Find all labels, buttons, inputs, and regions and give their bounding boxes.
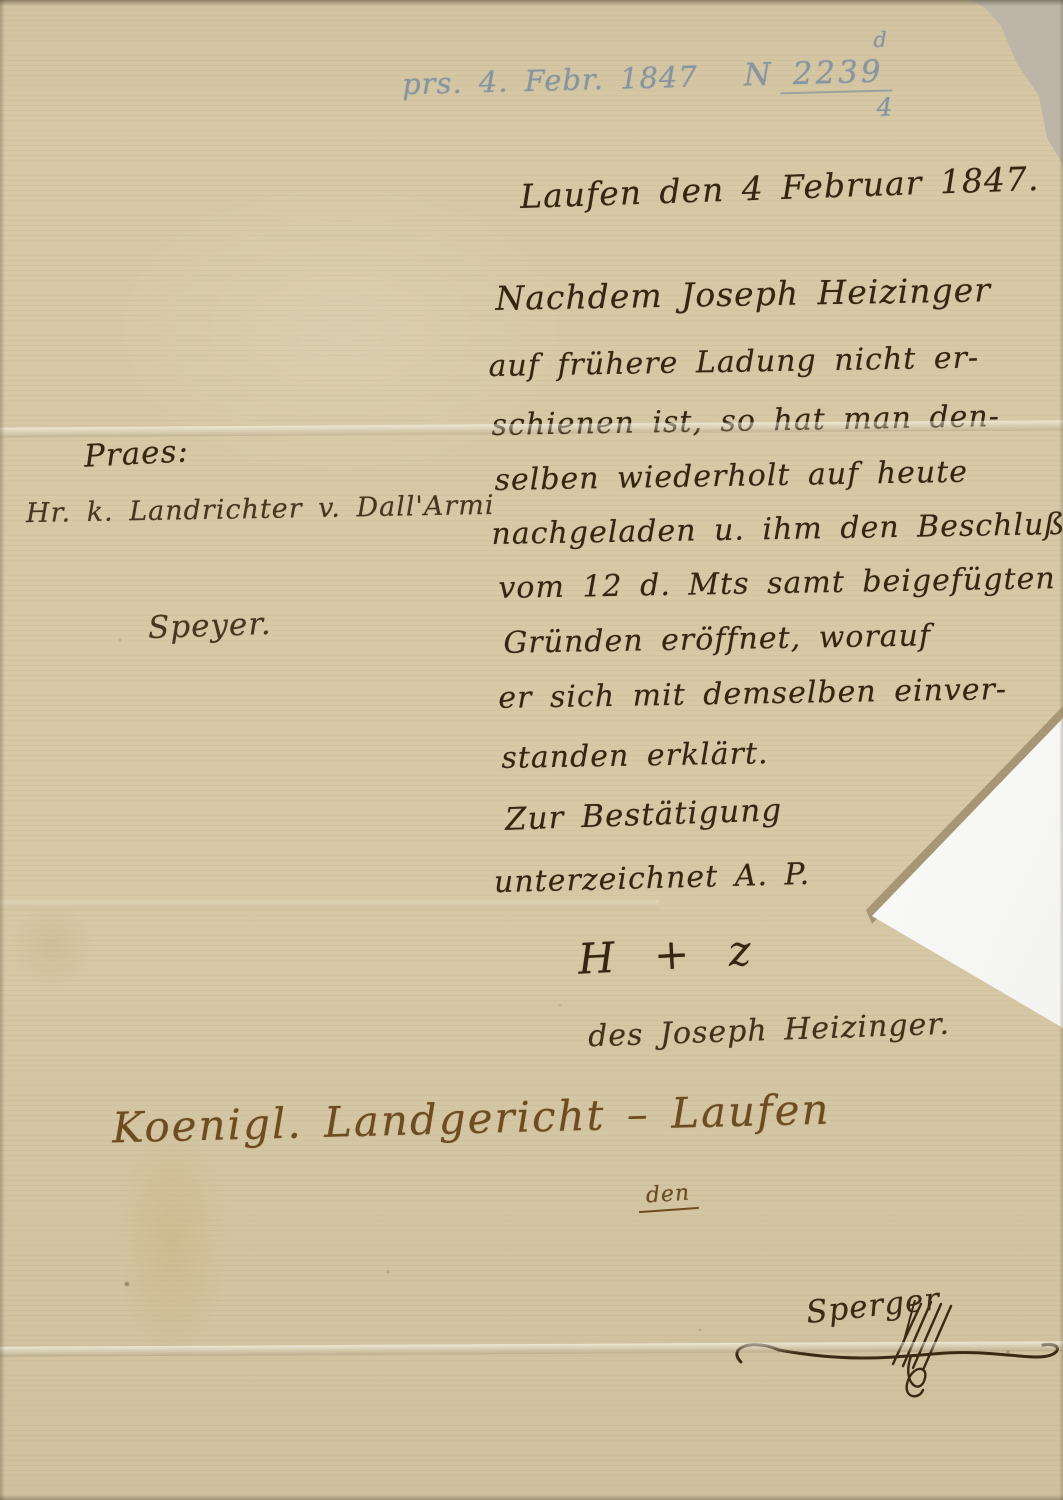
body-line: standen erklärt. [501, 736, 769, 776]
fold-crease [0, 900, 659, 910]
attestation-line-1: Zur Bestätigung [504, 792, 782, 838]
attestation-line-2: unterzeichnet A. P. [494, 857, 811, 900]
registry-note: prs. 4. Febr. 1847N 2239d4 [402, 54, 884, 103]
recipient-city: Speyer. [147, 606, 272, 646]
body-line: vom 12 d. Mts samt beigefügten [498, 561, 1056, 606]
body-line: er sich mit demselben einver- [498, 672, 1007, 716]
body-line: selben wiederholt auf heute [494, 455, 968, 498]
body-line: auf frühere Ladung nicht er- [488, 340, 979, 384]
paper-edge-bottom [0, 1495, 1063, 1500]
registry-number: N 2239d4 [743, 54, 884, 94]
body-paragraph: Nachdem Joseph Heizinger auf frühere Lad… [487, 269, 1063, 279]
body-line: Gründen eröffnet, worauf [503, 618, 931, 660]
court-subscript: den [637, 1180, 699, 1213]
registry-superscript: d [873, 28, 887, 52]
paper-edge-left [0, 0, 5, 1500]
letter-scan: prs. 4. Febr. 1847N 2239d4 Laufen den 4 … [0, 0, 1063, 1500]
signature-flourish-icon [735, 1300, 1063, 1420]
registry-note-text: prs. 4. Febr. 1847 [402, 60, 699, 102]
body-line: Nachdem Joseph Heizinger [495, 270, 991, 318]
body-line: schienen ist, so hat man den- [491, 399, 1000, 443]
praesentatum-label: Praes: [83, 433, 190, 474]
date-line: Laufen den 4 Februar 1847. [519, 159, 1039, 216]
handmark-cross: H + z [577, 925, 762, 983]
recipient-line: Hr. k. Landrichter v. Dall'Armi [26, 490, 495, 529]
registry-denominator: 4 [780, 89, 893, 124]
paper-edge-top [0, 0, 1063, 6]
paper-edge-right [1059, 0, 1063, 1500]
handmark-caption: des Joseph Heizinger. [587, 1007, 950, 1055]
registry-number-text: N 2239 [743, 54, 884, 94]
court-title: Koenigl. Landgericht – Laufen [111, 1085, 831, 1153]
body-line: nachgeladen u. ihm den Beschluß [491, 507, 1063, 552]
